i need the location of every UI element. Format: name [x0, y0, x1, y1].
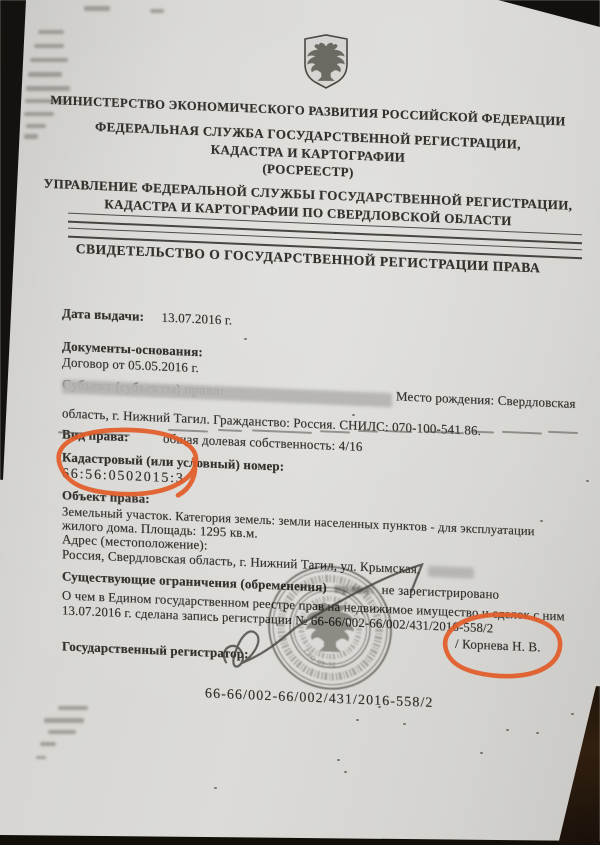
registrar-signature [198, 539, 438, 699]
photocopy-dash-artifact [502, 431, 542, 435]
marker-circle-registrar [430, 603, 570, 693]
photocopy-dash-artifact [548, 431, 578, 434]
issue-date-value: 13.07.2016 г. [162, 310, 233, 328]
photocopy-dash-artifact [320, 430, 350, 433]
photocopy-dash-artifact [218, 429, 242, 432]
certificate-text-block: МИНИСТЕРСТВО ЭКОНОМИЧЕСКОГО РАЗВИТИЯ РОС… [28, 2, 588, 845]
marker-circle-cadastral [46, 417, 208, 512]
redaction-bar-subject-name [62, 379, 392, 407]
photo-of-certificate: МИНИСТЕРСТВО ЭКОНОМИЧЕСКОГО РАЗВИТИЯ РОС… [0, 0, 600, 845]
issue-date-row: Дата выдачи: 13.07.2016 г. [62, 306, 232, 328]
basis-value: Договор от 05.05.2016 г. [62, 355, 199, 376]
subject-birthplace: Место рождения: Свердловская [396, 389, 576, 411]
issue-date-label: Дата выдачи: [62, 305, 144, 323]
